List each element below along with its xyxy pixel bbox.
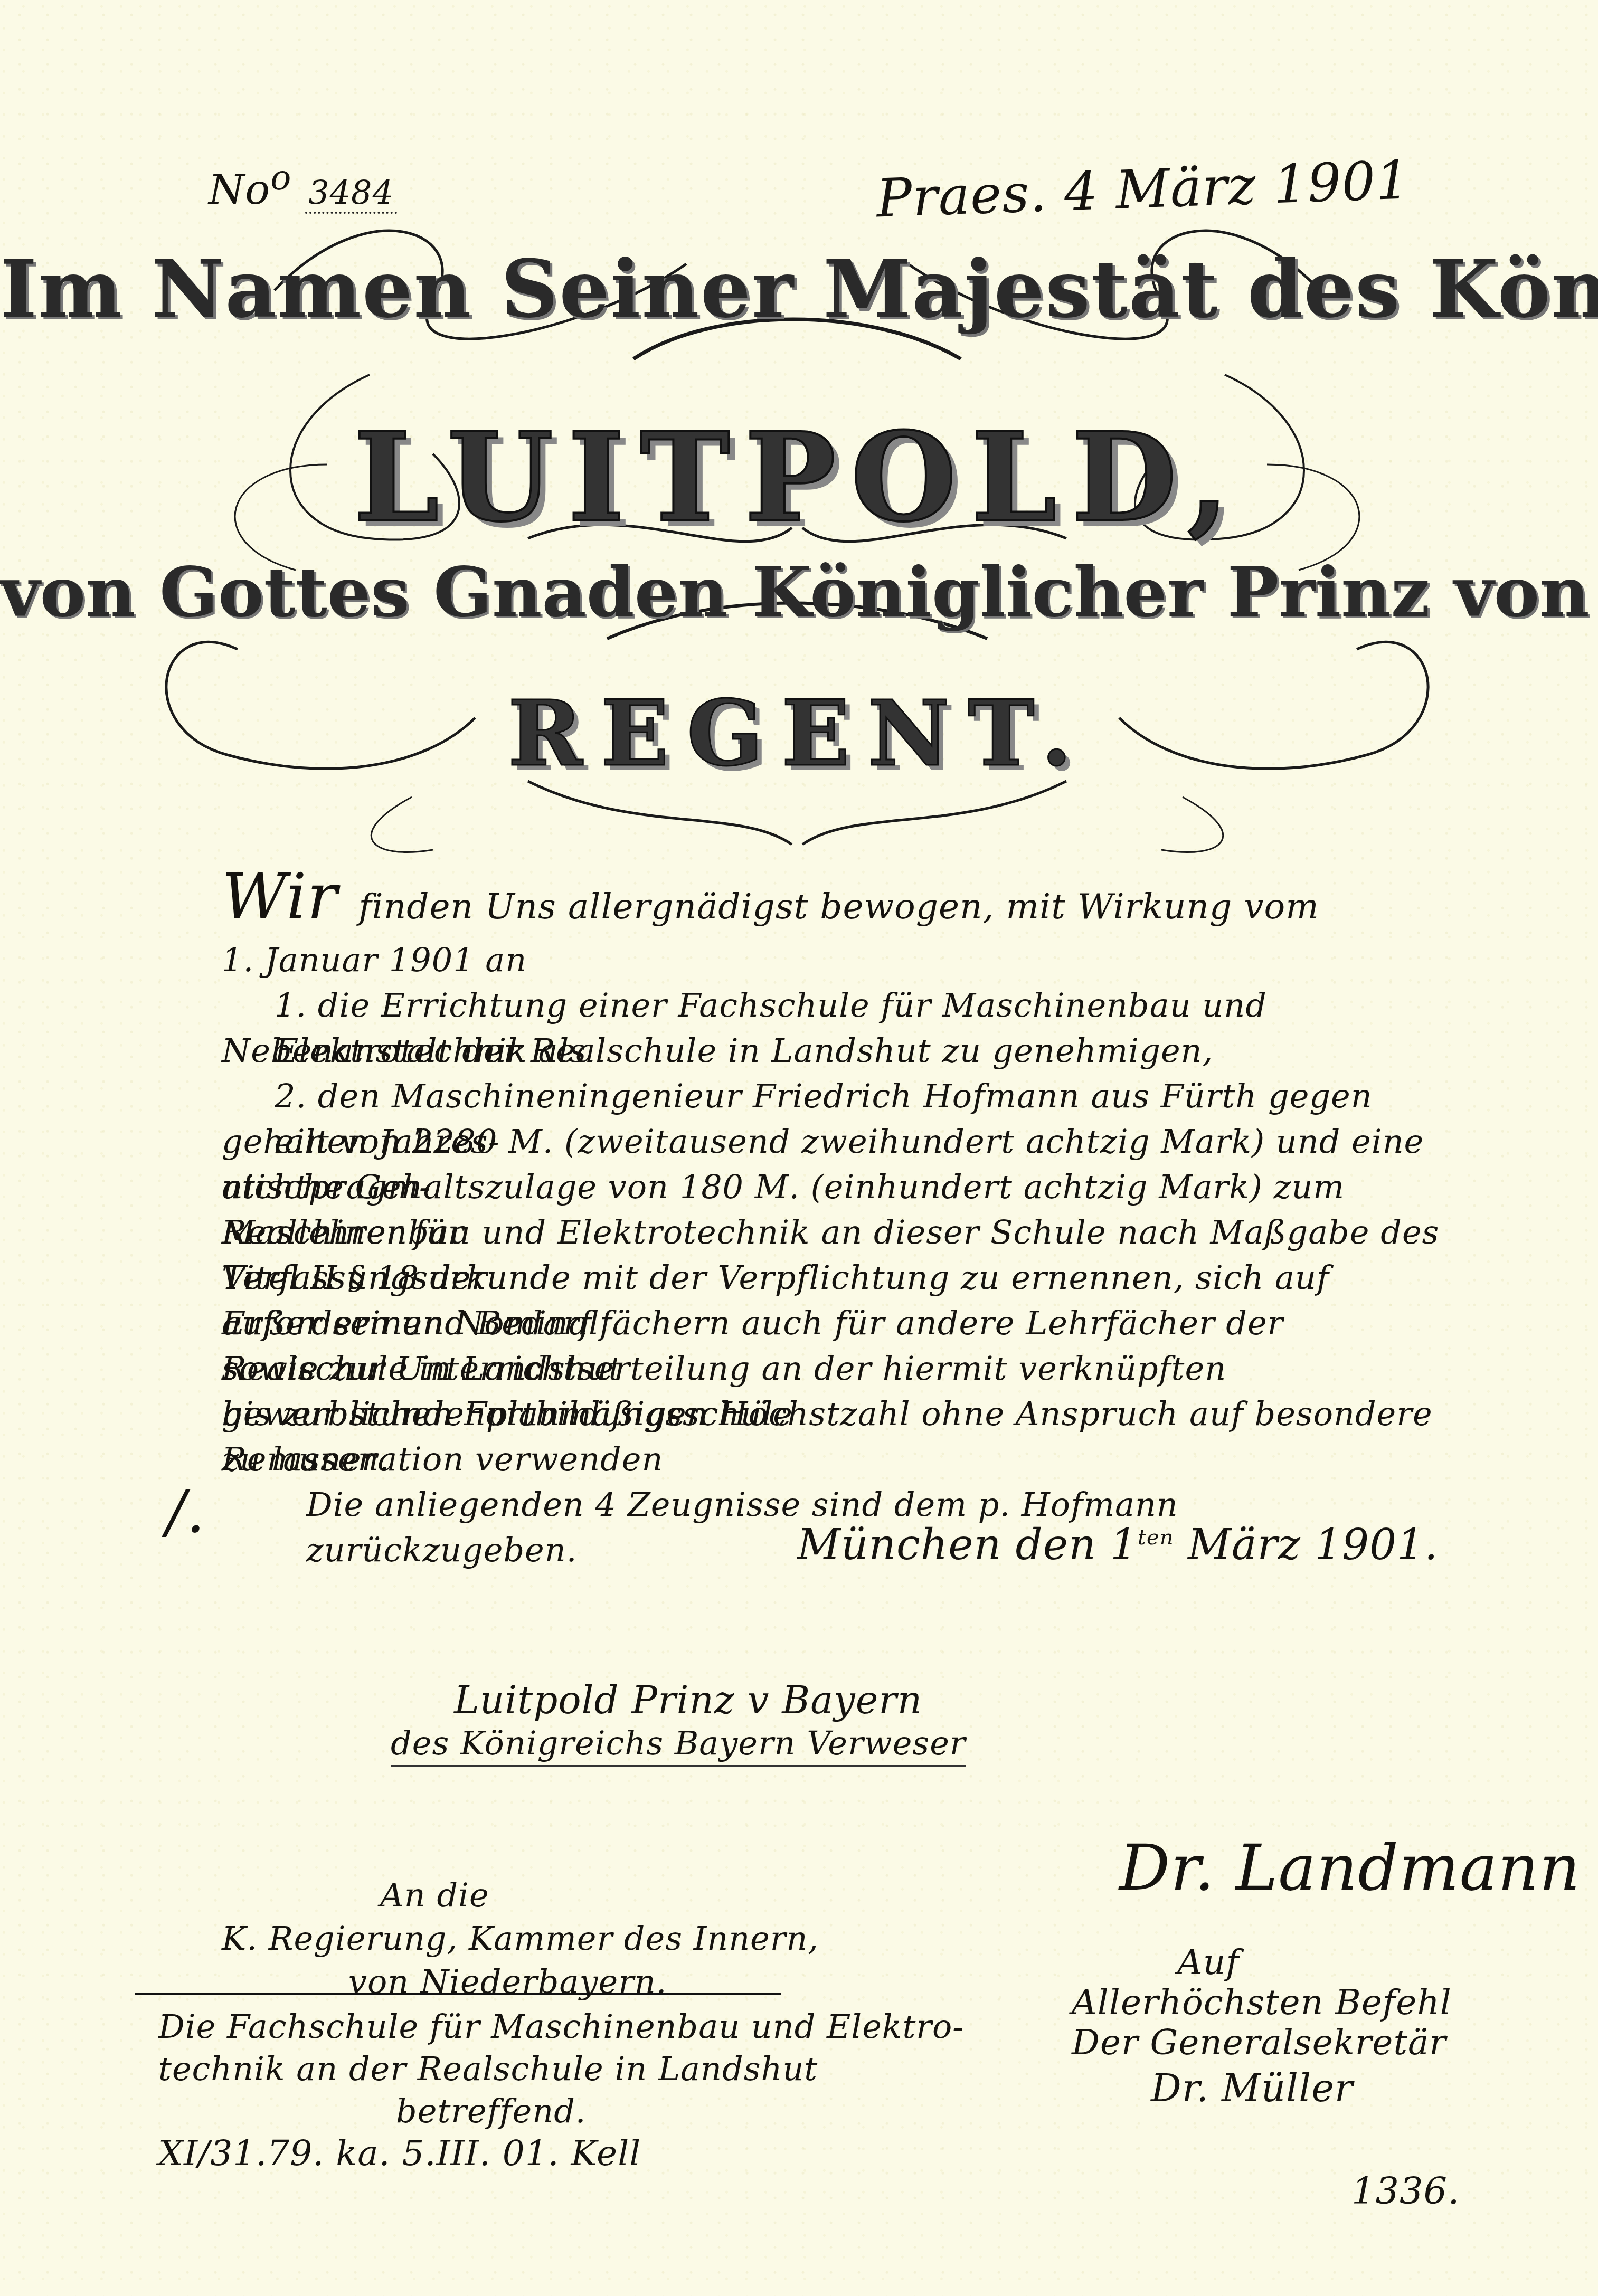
opening-word: Wir bbox=[222, 860, 338, 934]
body-line: 1. die Errichtung einer Fachschule für M… bbox=[222, 983, 1446, 1028]
address-block: An die K. Regierung, Kammer des Innern, … bbox=[222, 1874, 819, 2004]
address-line: An die bbox=[222, 1874, 819, 1917]
document-number-value: 3484 bbox=[305, 173, 397, 214]
body-line: außer seinen Nominalfächern auch für and… bbox=[222, 1301, 1446, 1346]
address-line: von Niederbayern. bbox=[222, 1960, 819, 2004]
body-line: Verfassungsurkunde mit der Verpflichtung… bbox=[222, 1255, 1446, 1301]
header-regent-name: LUITPOLD, bbox=[0, 406, 1598, 549]
body-line: atische Gehaltszulage von 180 M. (einhun… bbox=[222, 1164, 1446, 1210]
body-line: bis zur stundenplanmäßigen Höchstzahl oh… bbox=[222, 1391, 1446, 1437]
royal-decree-document: Noo 3484 Praes. 4 März 1901 Im Namen Sei… bbox=[0, 0, 1598, 2296]
decree-body: Wir finden Uns allergnädigst bewogen, mi… bbox=[222, 866, 1446, 1527]
header-invocation: Im Namen Seiner Majestät des Königs bbox=[0, 243, 1598, 336]
body-line: gehalt von 2280 M. (zweitausend zweihund… bbox=[222, 1119, 1446, 1164]
countersign-block: Auf Allerhöchsten Befehl Der Generalsekr… bbox=[1072, 1942, 1452, 2108]
minister-signature: Dr. Landmann bbox=[1119, 1832, 1581, 1905]
attachment-mark: /. bbox=[166, 1478, 205, 1545]
address-line: K. Regierung, Kammer des Innern, bbox=[222, 1917, 819, 1960]
place-date-text: München den 1 bbox=[797, 1520, 1138, 1569]
subject-block: Die Fachschule für Maschinenbau und Elek… bbox=[158, 2006, 964, 2175]
body-line: 1. Januar 1901 an bbox=[222, 937, 1446, 983]
divider-rule bbox=[135, 1993, 781, 1995]
opening-rest: finden Uns allergnädigst bewogen, mit Wi… bbox=[358, 886, 1319, 927]
regent-signature: Luitpold Prinz v Bayern bbox=[391, 1678, 966, 1722]
document-number-label: No bbox=[209, 166, 270, 214]
subject-line: technik an der Realschule in Landshut bbox=[158, 2048, 964, 2090]
opening-line: Wir finden Uns allergnädigst bewogen, mi… bbox=[222, 866, 1446, 929]
regent-signature-block: Luitpold Prinz v Bayern des Königreichs … bbox=[391, 1678, 966, 1767]
body-line: sowie zur Unterrichtserteilung an der hi… bbox=[222, 1346, 1446, 1391]
body-line: 2. den Maschineningenieur Friedrich Hofm… bbox=[222, 1074, 1446, 1119]
header-regent-title: REGENT. bbox=[0, 681, 1598, 786]
regent-title: des Königreichs Bayern Verweser bbox=[391, 1722, 966, 1767]
countersign-line: Allerhöchsten Befehl bbox=[1072, 1982, 1452, 2023]
body-line: Maschinenbau und Elektrotechnik an diese… bbox=[222, 1210, 1446, 1255]
place-and-date: München den 1ten März 1901. bbox=[797, 1520, 1438, 1569]
header-title: von Gottes Gnaden Königlicher Prinz von … bbox=[0, 552, 1598, 632]
body-line: Nebenanstalt der Realschule in Landshut … bbox=[222, 1028, 1446, 1074]
countersign-line: Auf bbox=[1072, 1942, 1452, 1982]
subject-line: Die Fachschule für Maschinenbau und Elek… bbox=[158, 2006, 964, 2048]
file-reference: XI/31.79. ka. 5.III. 01. Kell bbox=[158, 2132, 964, 2175]
place-date-sup: ten bbox=[1138, 1525, 1174, 1550]
secretary-signature: Dr. Müller bbox=[1072, 2068, 1452, 2108]
received-date-note: Praes. 4 März 1901 bbox=[875, 149, 1411, 229]
countersign-line: Der Generalsekretär bbox=[1072, 2023, 1452, 2063]
subject-line: betreffend. bbox=[158, 2090, 964, 2132]
document-number: Noo 3484 bbox=[209, 158, 397, 214]
place-date-end: März 1901. bbox=[1188, 1520, 1438, 1569]
register-number: 1336. bbox=[1351, 2169, 1460, 2213]
